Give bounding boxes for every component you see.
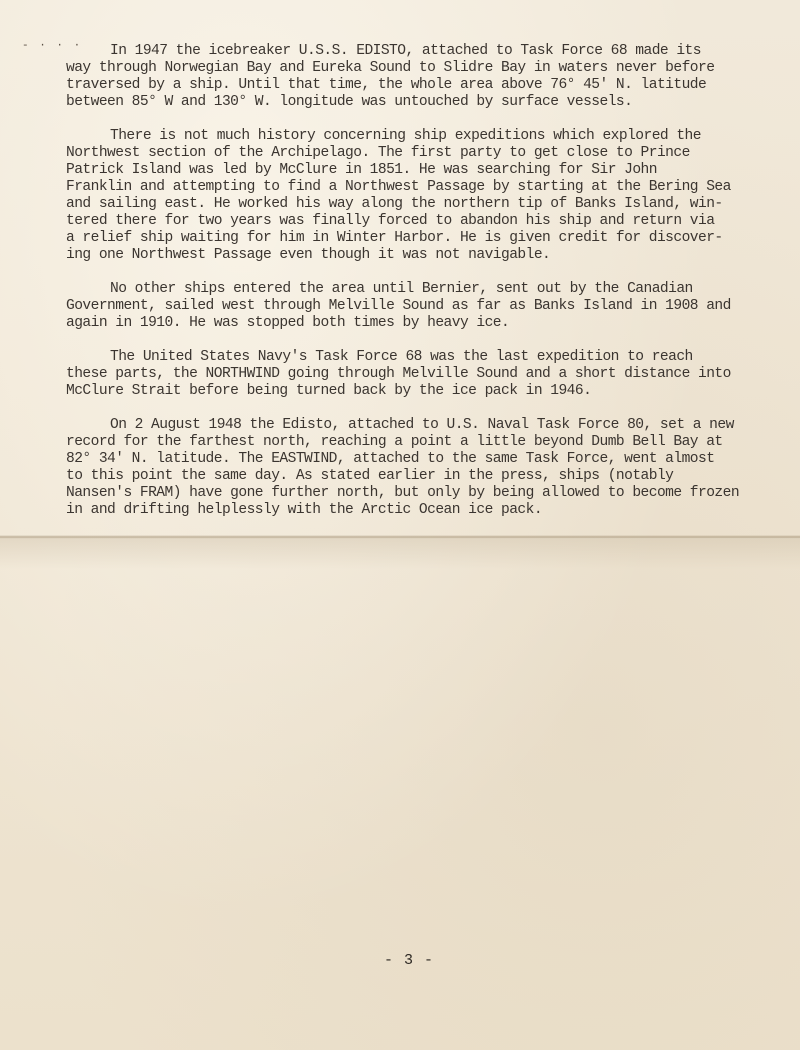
text-line: Patrick Island was led by McClure in 185… <box>66 162 766 179</box>
text-line: Government, sailed west through Melville… <box>66 298 766 315</box>
paragraph-bernier: No other ships entered the area until Be… <box>66 281 766 332</box>
text-line: 82° 34' N. latitude. The EASTWIND, attac… <box>66 451 766 468</box>
text-line: and sailing east. He worked his way alon… <box>66 196 766 213</box>
text-line: Nansen's FRAM) have gone further north, … <box>66 485 766 502</box>
text-line: these parts, the NORTHWIND going through… <box>66 366 766 383</box>
text-line: McClure Strait before being turned back … <box>66 383 766 400</box>
text-line: tered there for two years was finally fo… <box>66 213 766 230</box>
text-line: traversed by a ship. Until that time, th… <box>66 77 766 94</box>
text-line: There is not much history concerning shi… <box>66 128 766 145</box>
text-line: No other ships entered the area until Be… <box>66 281 766 298</box>
text-line: ing one Northwest Passage even though it… <box>66 247 766 264</box>
text-line: The United States Navy's Task Force 68 w… <box>66 349 766 366</box>
paragraph-task-force-68: The United States Navy's Task Force 68 w… <box>66 349 766 400</box>
text-line: a relief ship waiting for him in Winter … <box>66 230 766 247</box>
text-line: way through Norwegian Bay and Eureka Sou… <box>66 60 766 77</box>
text-line: to this point the same day. As stated ea… <box>66 468 766 485</box>
paragraph-edisto-1948: On 2 August 1948 the Edisto, attached to… <box>66 417 766 519</box>
text-line: On 2 August 1948 the Edisto, attached to… <box>66 417 766 434</box>
text-line: record for the farthest north, reaching … <box>66 434 766 451</box>
paragraph-history: There is not much history concerning shi… <box>66 128 766 264</box>
page-number: - 3 - <box>384 952 434 969</box>
text-line: again in 1910. He was stopped both times… <box>66 315 766 332</box>
text-line: In 1947 the icebreaker U.S.S. EDISTO, at… <box>66 43 766 60</box>
paragraph-edisto-1947: In 1947 the icebreaker U.S.S. EDISTO, at… <box>66 43 766 111</box>
text-line: Northwest section of the Archipelago. Th… <box>66 145 766 162</box>
text-line: Franklin and attempting to find a Northw… <box>66 179 766 196</box>
paper-fold-shadow <box>0 539 800 569</box>
text-line: between 85° W and 130° W. longitude was … <box>66 94 766 111</box>
text-line: in and drifting helplessly with the Arct… <box>66 502 766 519</box>
typewritten-body: In 1947 the icebreaker U.S.S. EDISTO, at… <box>66 43 766 536</box>
